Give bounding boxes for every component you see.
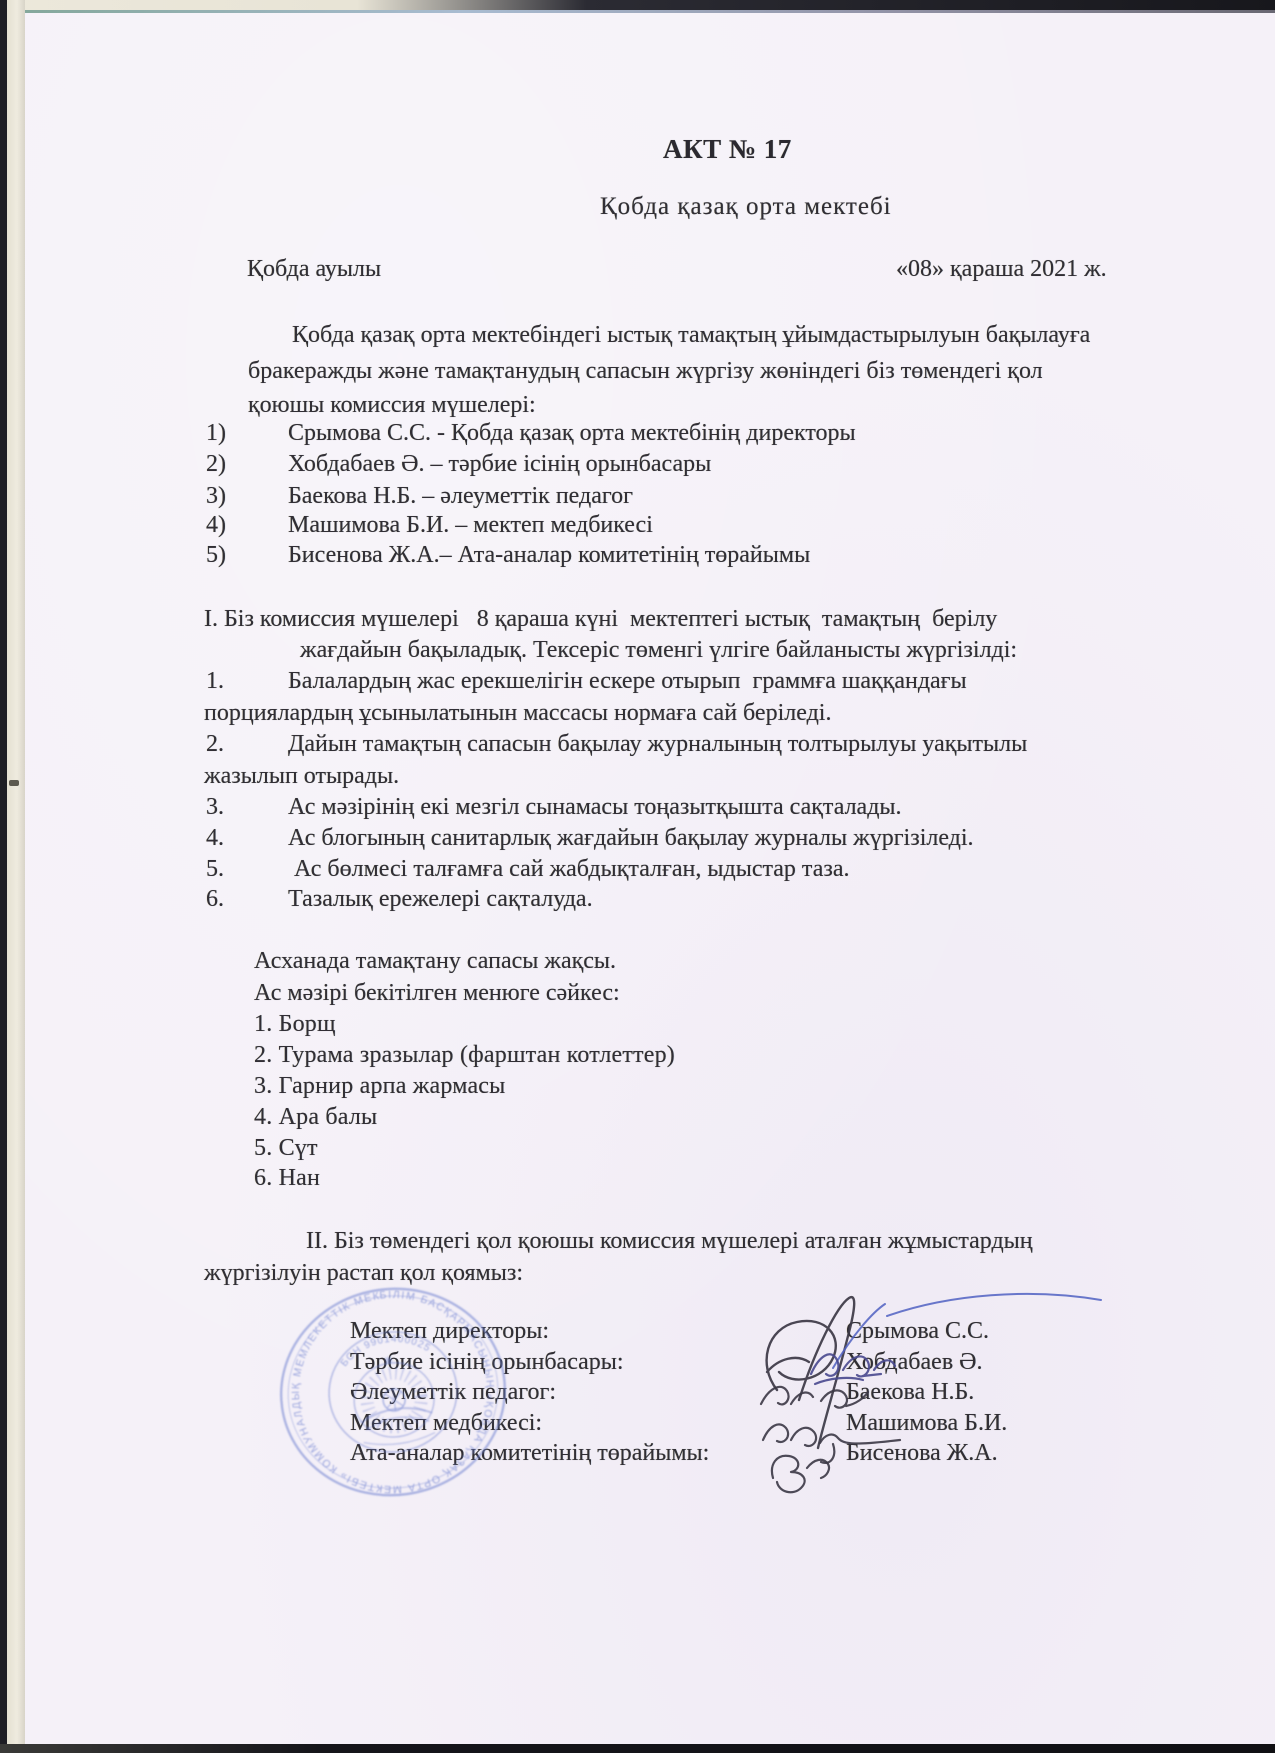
member-number: 5) — [206, 540, 288, 570]
member-text: Баекова Н.Б. – әлеуметтік педагог — [288, 483, 633, 509]
finding-text: Дайын тамақтың сапасын бақылау журналыны… — [288, 731, 1027, 757]
scan-edge-bottom — [0, 1744, 1275, 1753]
menu-item: 1. Борщ — [254, 1009, 336, 1039]
menu-item: 6. Нан — [254, 1163, 320, 1193]
member-text: Машимова Б.И. – мектеп медбикесі — [288, 512, 653, 538]
finding-text: Ас бөлмесі талғамға сай жабдықталған, ыд… — [288, 856, 850, 882]
finding-number: 2. — [206, 729, 288, 759]
handwritten-signatures — [715, 1272, 1135, 1512]
date-label: «08» қараша 2021 ж. — [896, 254, 1107, 284]
commission-member-row: 2)Хобдабаев Ә. – тәрбие ісінің орынбасар… — [206, 449, 711, 479]
school-round-stamp: БІЛІМ БАСҚАРМАСЫНЫҢ «ҚОБДА ҚАЗАҚ ОРТА МЕ… — [265, 1272, 525, 1522]
intro-line-1: Қобда қазақ орта мектебіндегі ыстық тама… — [292, 320, 1090, 350]
finding-number: 4. — [206, 823, 288, 853]
intro-line-2: бракеражды және тамақтанудың сапасын жүр… — [248, 356, 1043, 386]
menu-item: 2. Турама зразылар (фарштан котлеттер) — [254, 1040, 675, 1070]
menu-item: 4. Ара балы — [254, 1102, 377, 1132]
scan-accent-line — [25, 10, 1275, 13]
finding-row: 1.Балалардың жас ерекшелігін ескере отыр… — [206, 666, 967, 696]
finding-text: Балалардың жас ерекшелігін ескере отырып… — [288, 668, 967, 694]
member-number: 1) — [206, 418, 288, 448]
member-number: 4) — [206, 510, 288, 540]
signature-ink-nurse — [763, 1424, 900, 1462]
finding-text: Ас мәзірінің екі мезгіл сынамасы тоңазыт… — [288, 794, 902, 820]
finding-row: 5. Ас бөлмесі талғамға сай жабдықталған,… — [206, 854, 850, 884]
commission-member-row: 4)Машимова Б.И. – мектеп медбикесі — [206, 510, 653, 540]
member-number: 3) — [206, 481, 288, 511]
menu-item: 3. Гарнир арпа жармасы — [254, 1071, 506, 1101]
scan-edge-top — [0, 0, 1275, 10]
punch-mark — [9, 780, 19, 786]
place-label: Қобда ауылы — [247, 254, 381, 284]
section1-line-1: І. Біз комиссия мүшелері 8 қараша күні м… — [204, 604, 997, 634]
stamp-emblem — [348, 1351, 439, 1449]
commission-member-row: 3)Баекова Н.Б. – әлеуметтік педагог — [206, 481, 633, 511]
menu-intro-line: Ас мәзірі бекітілген менюге сәйкес: — [254, 978, 620, 1008]
finding-continuation: жазылып отырады. — [204, 761, 399, 791]
finding-number: 1. — [206, 666, 288, 696]
member-text: Бисенова Ж.А.– Ата-аналар комитетінің тө… — [288, 542, 810, 568]
section1-line-2: жағдайын бақыладық. Тексеріс төменгі үлг… — [300, 635, 1017, 665]
finding-row: 4.Ас блогының санитарлық жағдайын бақыла… — [206, 823, 974, 853]
commission-member-row: 1)Срымова С.С. - Қобда қазақ орта мектеб… — [206, 418, 856, 448]
finding-continuation: порциялардың ұсынылатынын массасы нормағ… — [204, 698, 831, 728]
finding-number: 3. — [206, 792, 288, 822]
commission-member-row: 5)Бисенова Ж.А.– Ата-аналар комитетінің … — [206, 540, 810, 570]
intro-line-3: қоюшы комиссия мүшелері: — [248, 390, 536, 420]
finding-number: 6. — [206, 884, 288, 914]
section2-line-1: ІІ. Біз төмендегі қол қоюшы комиссия мүш… — [306, 1226, 1033, 1256]
finding-row: 6.Тазалық ережелері сақталуда. — [206, 884, 593, 914]
school-name: Қобда қазақ орта мектебі — [600, 192, 892, 222]
scan-binder-strip — [7, 0, 25, 1753]
canteen-quality-line: Асханада тамақтану сапасы жақсы. — [254, 946, 616, 976]
finding-row: 2.Дайын тамақтың сапасын бақылау журналы… — [206, 729, 1027, 759]
member-text: Срымова С.С. - Қобда қазақ орта мектебін… — [288, 420, 856, 446]
menu-item: 5. Сүт — [254, 1133, 318, 1163]
member-text: Хобдабаев Ә. – тәрбие ісінің орынбасары — [288, 451, 711, 477]
scanned-page: АКТ № 17 Қобда қазақ орта мектебі Қобда … — [25, 10, 1275, 1744]
finding-text: Тазалық ережелері сақталуда. — [288, 886, 593, 912]
finding-row: 3.Ас мәзірінің екі мезгіл сынамасы тоңаз… — [206, 792, 902, 822]
scanned-document-screenshot: { "header": { "act_title": "АКТ № 17", "… — [0, 0, 1275, 1753]
act-title: АКТ № 17 — [663, 134, 792, 164]
signature-ink-director-blue — [833, 1294, 1101, 1368]
finding-number: 5. — [206, 854, 288, 884]
finding-text: Ас блогының санитарлық жағдайын бақылау … — [288, 825, 974, 851]
member-number: 2) — [206, 449, 288, 479]
scan-edge-left — [0, 0, 7, 1753]
